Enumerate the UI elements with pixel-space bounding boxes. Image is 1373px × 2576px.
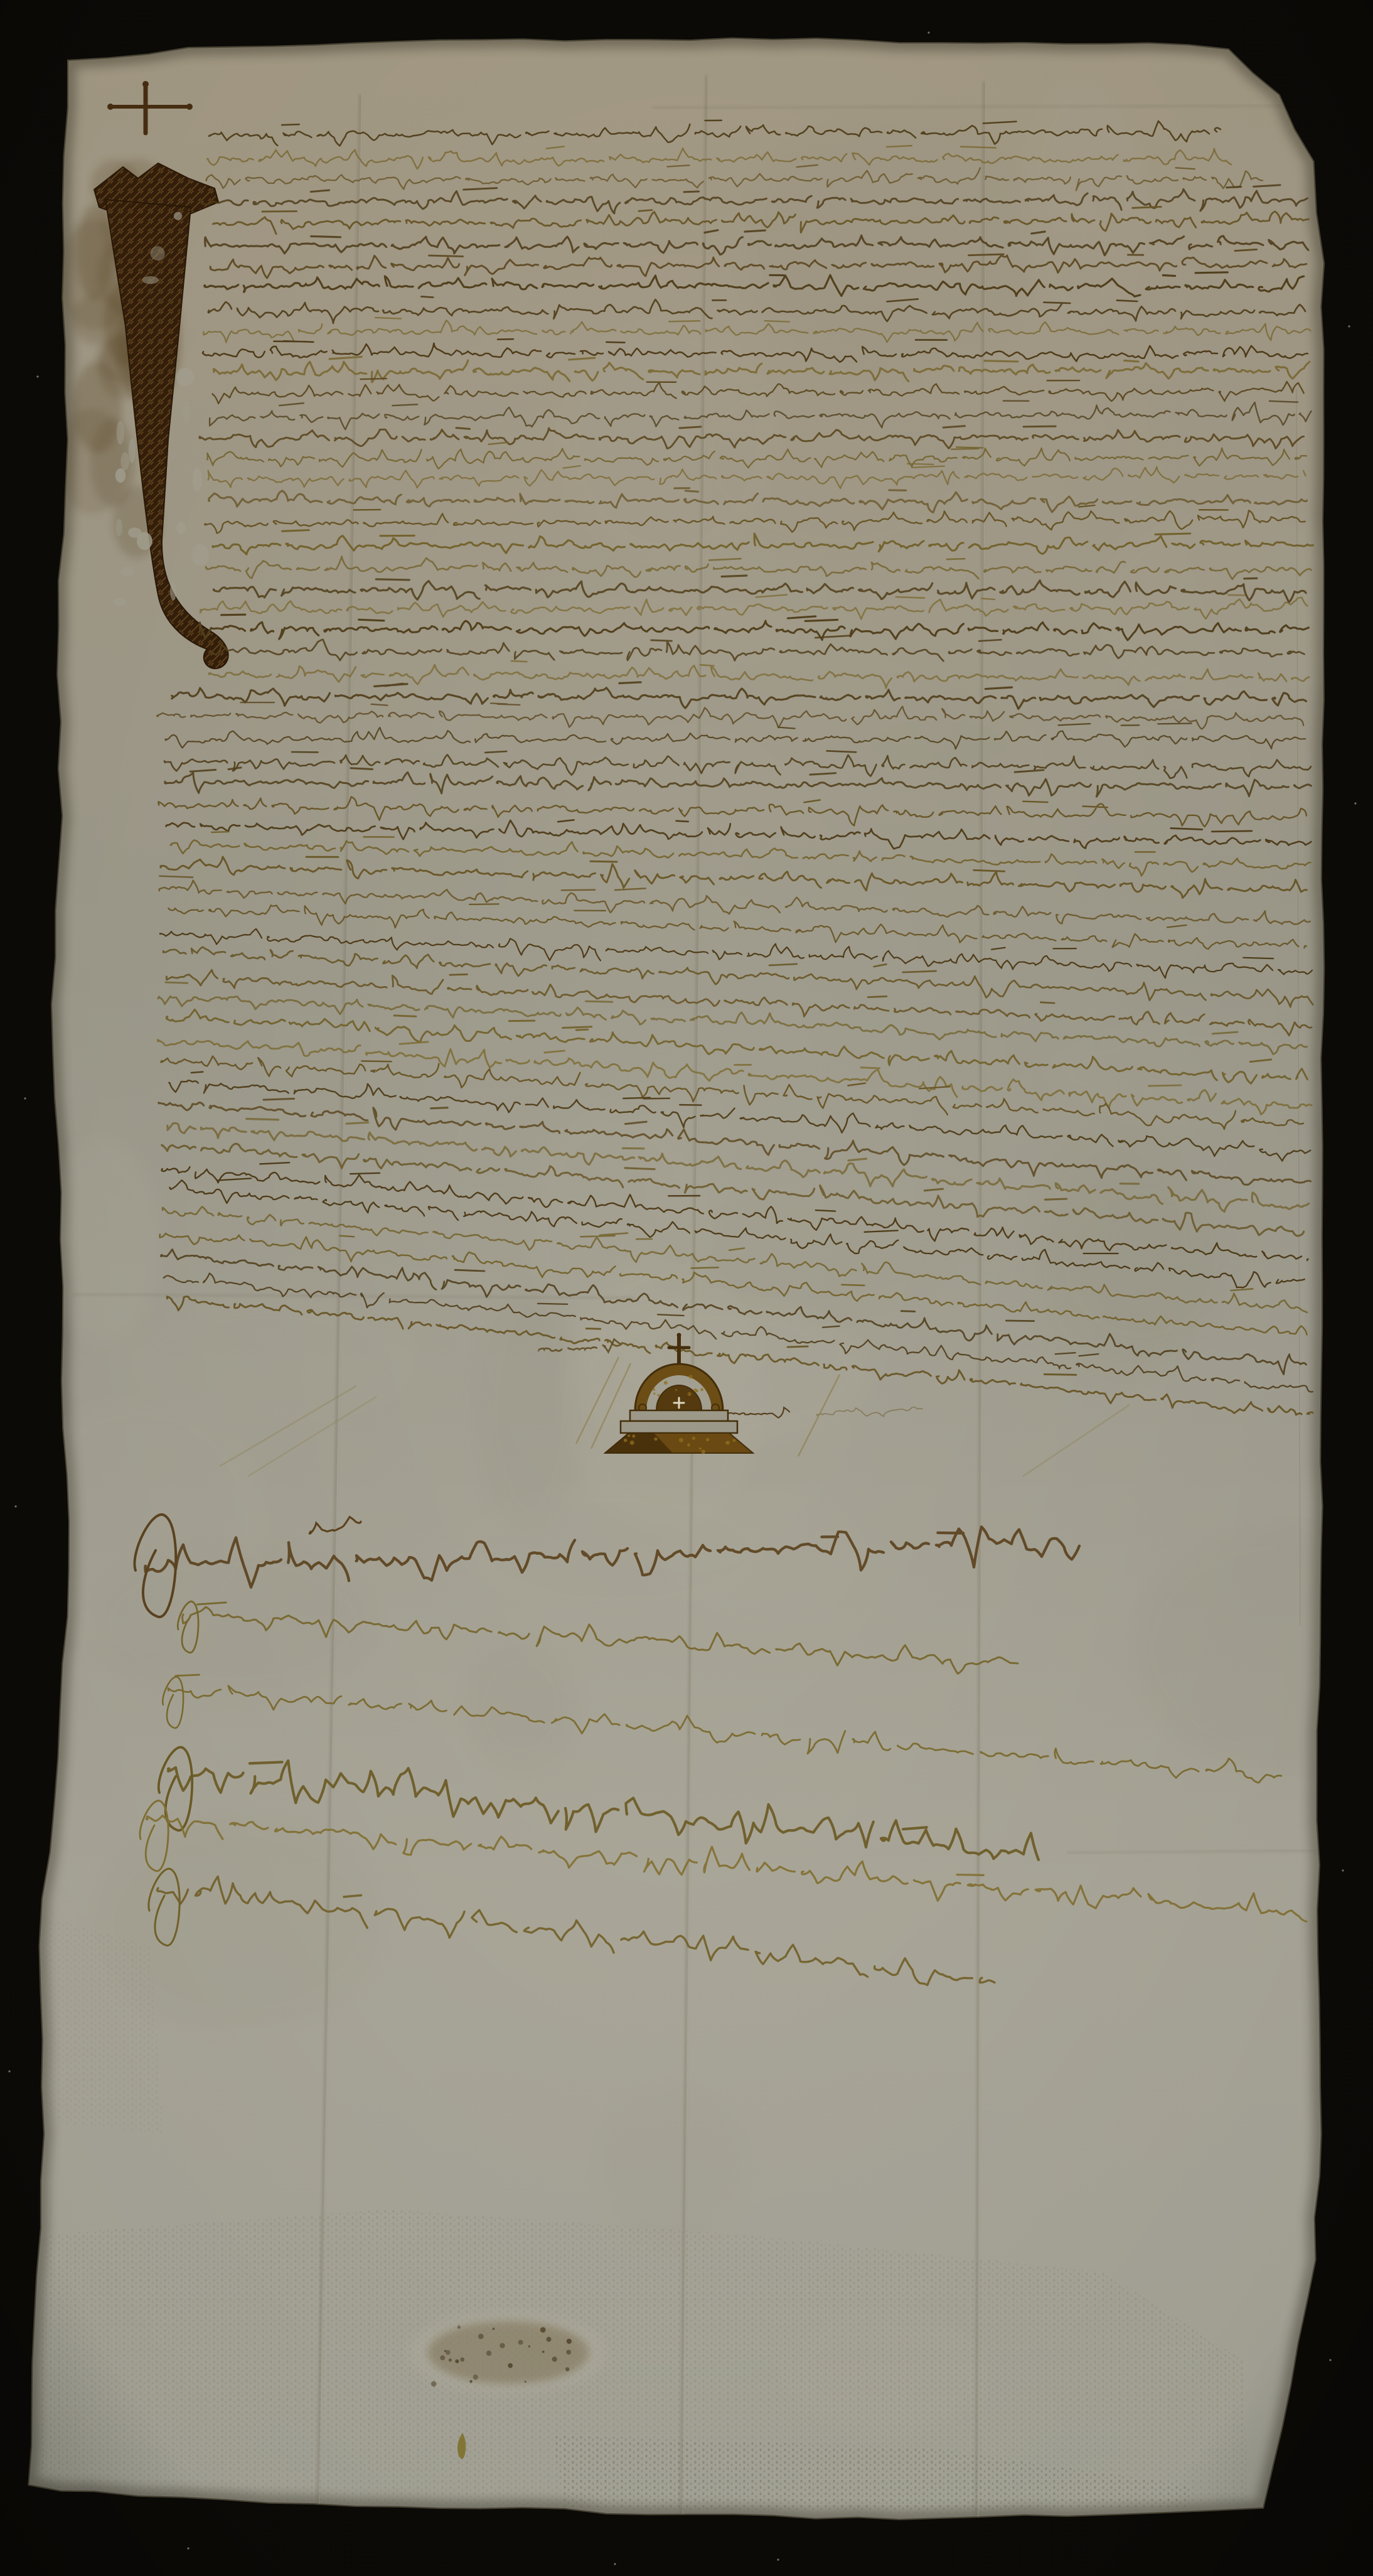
dust-speck — [1329, 2359, 1331, 2361]
dust-speck — [777, 2558, 779, 2560]
dust-speck — [927, 31, 929, 33]
dust-speck — [24, 1097, 26, 1099]
dust-speck — [14, 1505, 16, 1507]
dust-speck — [8, 2070, 10, 2072]
dust-speck — [1348, 325, 1350, 327]
photo-vignette — [0, 0, 1373, 2576]
dust-speck — [614, 2563, 616, 2565]
manuscript-photo — [0, 0, 1373, 2576]
dust-speck — [36, 375, 38, 377]
dust-speck — [1342, 1869, 1344, 1871]
dust-speck — [187, 2547, 189, 2549]
dust-speck — [1354, 802, 1356, 804]
manuscript-scene — [0, 0, 1373, 2576]
